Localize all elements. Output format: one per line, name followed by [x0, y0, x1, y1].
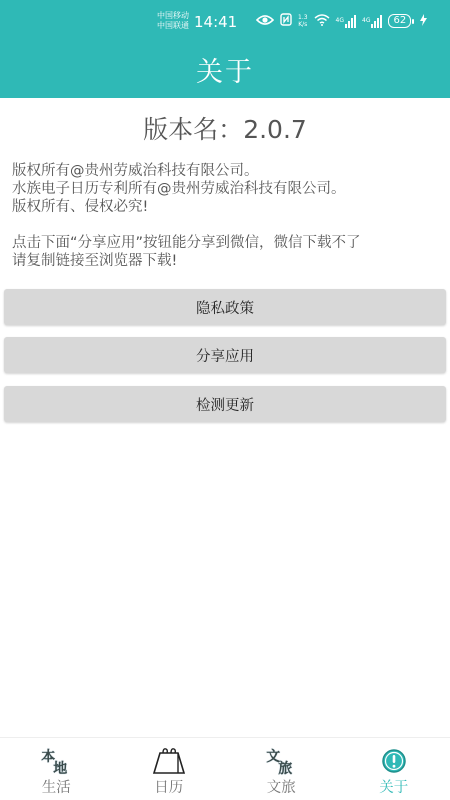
wifi-icon: [314, 14, 330, 29]
calendar-icon: [149, 746, 189, 776]
signal-4g-2: 4G: [362, 14, 382, 28]
nav-label: 文旅: [267, 776, 296, 797]
description-line: 点击下面“分享应用”按钮能分享到微信，微信下载不了: [12, 234, 442, 252]
about-page: 中国移动 中国联通 14:41 1.3 K/s 4G: [0, 0, 450, 800]
nav-item-life[interactable]: 本 地 生活: [0, 738, 113, 800]
battery-level: 62: [388, 14, 411, 28]
description-line: 版权所有、侵权必究!: [12, 198, 442, 216]
page-title: 关于: [0, 50, 450, 89]
charging-icon: [420, 14, 427, 29]
status-icons: 1.3 K/s 4G 4G 62: [256, 12, 427, 30]
version-value: 2.0.7: [243, 115, 307, 144]
description-line: 请复制链接至浏览器下载!: [12, 252, 442, 270]
spacer: [12, 216, 442, 234]
nav-item-about[interactable]: 关于: [338, 738, 450, 800]
description-line: 水族电子日历专利所有@贵州劳威治科技有限公司。: [12, 180, 442, 198]
nav-label: 关于: [379, 776, 408, 797]
status-bar: 中国移动 中国联通 14:41 1.3 K/s 4G: [0, 0, 450, 40]
copyright-description: 版权所有@贵州劳威治科技有限公司。 水族电子日历专利所有@贵州劳威治科技有限公司…: [12, 162, 442, 270]
nav-item-calendar[interactable]: 日历: [113, 738, 226, 800]
carrier-1: 中国移动: [157, 11, 189, 21]
nfc-icon: [280, 13, 292, 29]
culture-travel-icon: 文 旅: [261, 746, 301, 776]
signal-4g-1: 4G: [336, 14, 356, 28]
carrier-2: 中国联通: [157, 21, 189, 31]
version-label: 版本名：: [143, 115, 243, 144]
check-update-button[interactable]: 检测更新: [4, 386, 446, 422]
status-time: 14:41: [194, 13, 237, 31]
nav-item-culture-travel[interactable]: 文 旅 文旅: [225, 738, 338, 800]
app-header: 中国移动 中国联通 14:41 1.3 K/s 4G: [0, 0, 450, 98]
eye-icon: [256, 14, 274, 29]
bottom-nav: 本 地 生活 日历 文 旅 文旅 关于: [0, 737, 450, 800]
nav-label: 生活: [42, 776, 71, 797]
local-life-icon: 本 地: [36, 746, 76, 776]
privacy-policy-button[interactable]: 隐私政策: [4, 289, 446, 325]
net-speed: 1.3 K/s: [298, 14, 308, 28]
version-name: 版本名：2.0.7: [0, 110, 450, 146]
battery-cap: [412, 19, 414, 24]
battery-indicator: 62: [388, 14, 414, 28]
description-line: 版权所有@贵州劳威治科技有限公司。: [12, 162, 442, 180]
share-app-button[interactable]: 分享应用: [4, 337, 446, 373]
info-icon: [374, 746, 414, 776]
nav-label: 日历: [154, 776, 183, 797]
carrier-info: 中国移动 中国联通: [157, 11, 189, 31]
